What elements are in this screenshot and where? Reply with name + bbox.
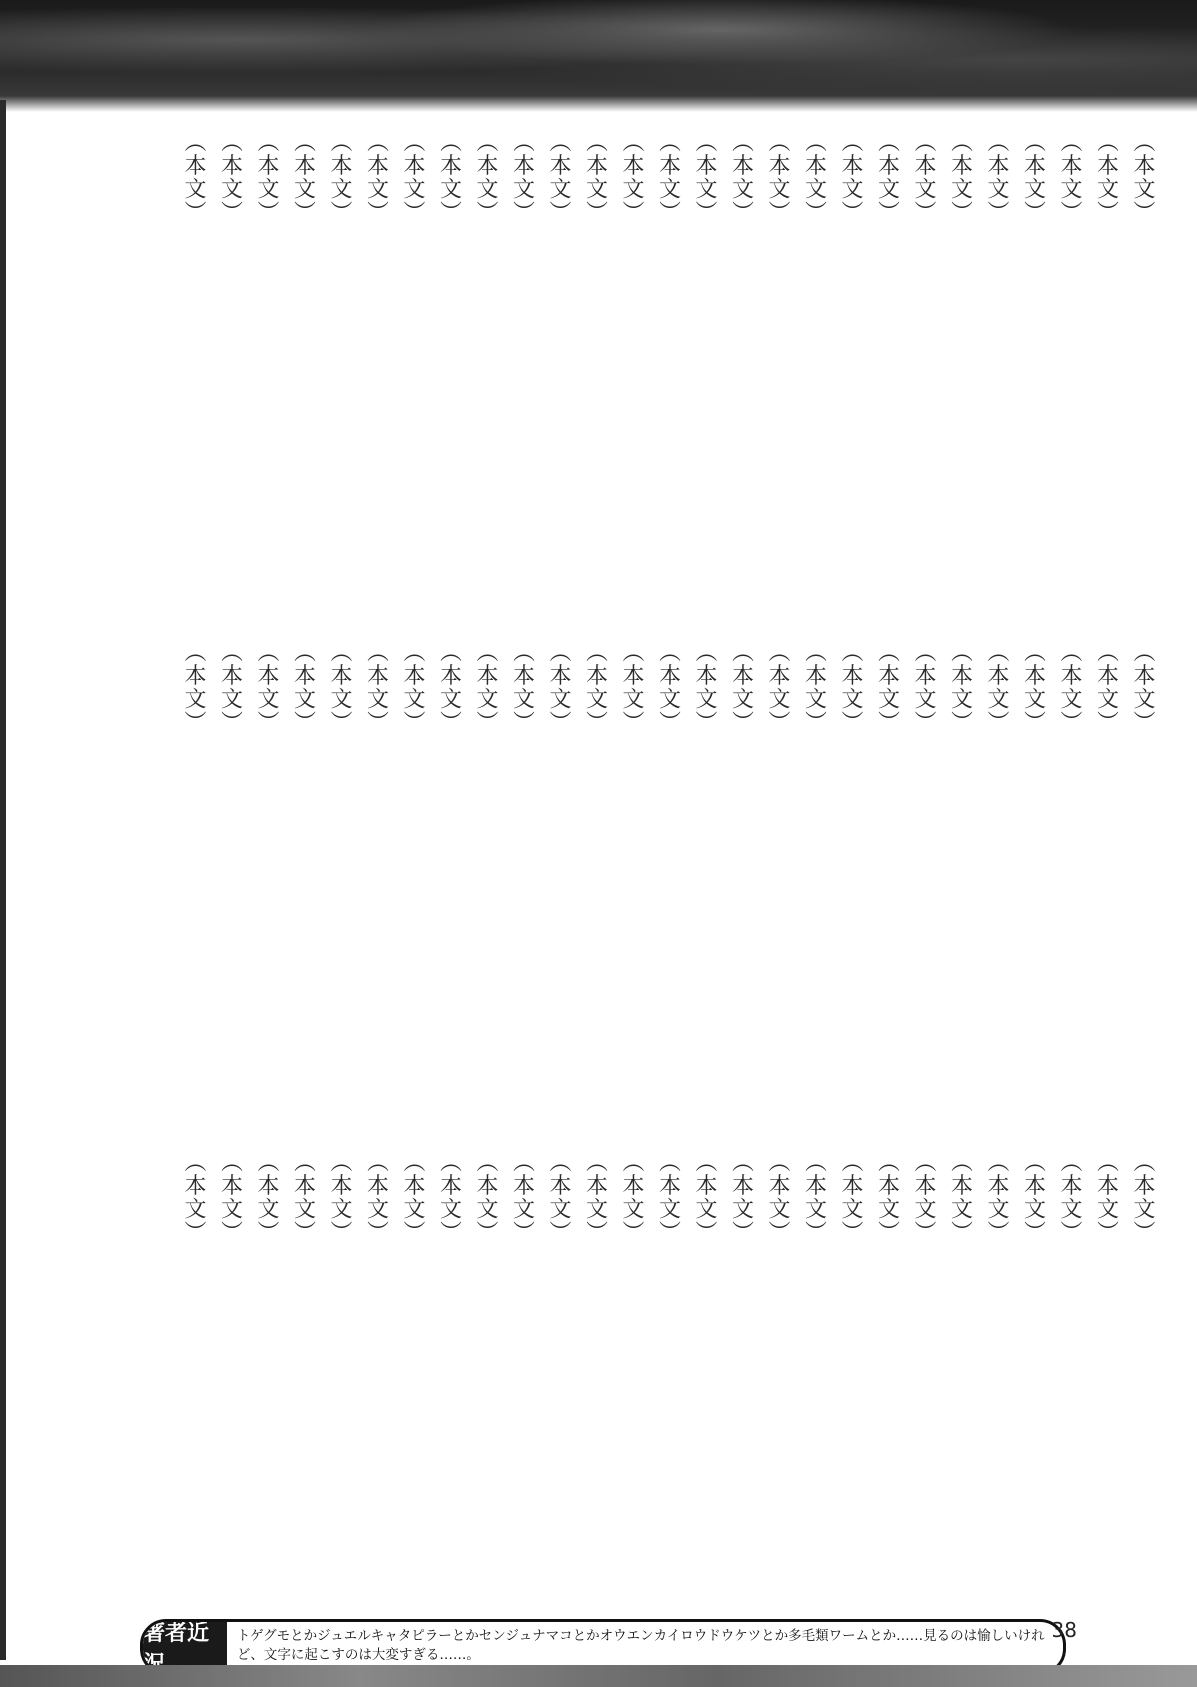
text-column: （本文） <box>722 130 759 580</box>
text-column: （本文） <box>613 1150 650 1600</box>
text-column: （本文） <box>1051 130 1088 580</box>
text-column: （本文） <box>722 640 759 1090</box>
text-column: （本文） <box>759 640 796 1090</box>
text-column: （本文） <box>905 1150 942 1600</box>
text-column: （本文） <box>430 1150 467 1600</box>
text-column: （本文） <box>1124 130 1161 580</box>
text-column: （本文） <box>1124 1150 1161 1600</box>
text-column: （本文） <box>649 130 686 580</box>
text-column: （本文） <box>868 130 905 580</box>
text-column: （本文） <box>248 640 285 1090</box>
text-column: （本文） <box>1087 1150 1124 1600</box>
text-column: （本文） <box>284 1150 321 1600</box>
text-column: （本文） <box>211 1150 248 1600</box>
text-column: （本文） <box>795 1150 832 1600</box>
text-column: （本文） <box>941 130 978 580</box>
text-tier-2: （本文）（本文）（本文）（本文）（本文）（本文）（本文）（本文）（本文）（本文）… <box>150 640 1160 1090</box>
text-column: （本文） <box>759 1150 796 1600</box>
text-column: （本文） <box>1124 640 1161 1090</box>
text-column: （本文） <box>978 1150 1015 1600</box>
footer-texture-band <box>0 1665 1197 1687</box>
text-column: （本文） <box>394 1150 431 1600</box>
text-column: （本文） <box>1014 1150 1051 1600</box>
text-column: （本文） <box>832 130 869 580</box>
text-column: （本文） <box>175 1150 212 1600</box>
text-column: （本文） <box>357 1150 394 1600</box>
text-tier-1: （本文）（本文）（本文）（本文）（本文）（本文）（本文）（本文）（本文）（本文）… <box>150 130 1160 580</box>
text-column: （本文） <box>978 130 1015 580</box>
text-column: （本文） <box>284 640 321 1090</box>
text-column: （本文） <box>503 1150 540 1600</box>
text-column: （本文） <box>175 640 212 1090</box>
text-column: （本文） <box>540 640 577 1090</box>
page-edge <box>0 100 6 1660</box>
text-column: （本文） <box>941 1150 978 1600</box>
text-column: （本文） <box>540 130 577 580</box>
text-column: （本文） <box>795 130 832 580</box>
header-texture-band <box>0 0 1197 100</box>
text-column: （本文） <box>576 1150 613 1600</box>
text-column: （本文） <box>905 130 942 580</box>
text-column: （本文） <box>211 130 248 580</box>
text-column: （本文） <box>1014 130 1051 580</box>
text-column: （本文） <box>576 130 613 580</box>
text-column: （本文） <box>649 1150 686 1600</box>
text-column: （本文） <box>503 640 540 1090</box>
text-column: （本文） <box>868 1150 905 1600</box>
text-column: （本文） <box>248 1150 285 1600</box>
text-column: （本文） <box>978 640 1015 1090</box>
text-column: （本文） <box>248 130 285 580</box>
text-column: （本文） <box>686 1150 723 1600</box>
text-tier-3: （本文）（本文）（本文）（本文）（本文）（本文）（本文）（本文）（本文）（本文）… <box>150 1150 1160 1600</box>
text-column: （本文） <box>686 640 723 1090</box>
text-column: （本文） <box>211 640 248 1090</box>
text-column: （本文） <box>1014 640 1051 1090</box>
text-column: （本文） <box>1051 1150 1088 1600</box>
text-column: （本文） <box>613 640 650 1090</box>
text-column: （本文） <box>540 1150 577 1600</box>
text-column: （本文） <box>1087 640 1124 1090</box>
text-column: （本文） <box>467 640 504 1090</box>
page-number: 38 <box>1052 1618 1077 1642</box>
text-column: （本文） <box>321 1150 358 1600</box>
text-column: （本文） <box>284 130 321 580</box>
text-column: （本文） <box>722 1150 759 1600</box>
text-column: （本文） <box>868 640 905 1090</box>
text-column: （本文） <box>467 130 504 580</box>
text-column: （本文） <box>795 640 832 1090</box>
text-column: （本文） <box>321 130 358 580</box>
text-column: （本文） <box>357 640 394 1090</box>
text-column: （本文） <box>503 130 540 580</box>
text-column: （本文） <box>467 1150 504 1600</box>
text-column: （本文） <box>832 640 869 1090</box>
text-column: （本文） <box>941 640 978 1090</box>
text-column: （本文） <box>576 640 613 1090</box>
text-column: （本文） <box>394 130 431 580</box>
text-column: （本文） <box>357 130 394 580</box>
text-column: （本文） <box>1087 130 1124 580</box>
text-column: （本文） <box>759 130 796 580</box>
text-column: （本文） <box>394 640 431 1090</box>
text-column: （本文） <box>905 640 942 1090</box>
text-column: （本文） <box>832 1150 869 1600</box>
text-column: （本文） <box>430 130 467 580</box>
text-column: （本文） <box>430 640 467 1090</box>
text-column: （本文） <box>175 130 212 580</box>
text-column: （本文） <box>321 640 358 1090</box>
text-column: （本文） <box>613 130 650 580</box>
text-column: （本文） <box>649 640 686 1090</box>
text-column: （本文） <box>686 130 723 580</box>
text-column: （本文） <box>1051 640 1088 1090</box>
